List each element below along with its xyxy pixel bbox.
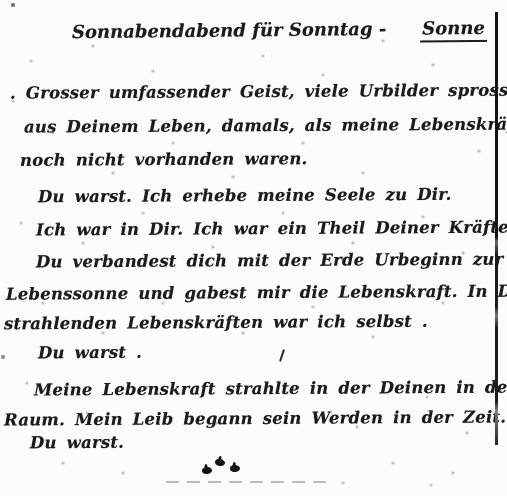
handwritten-line: Raum. Mein Leib begann sein Werden in de…	[4, 407, 506, 429]
faint-dashed-rule	[166, 481, 334, 483]
title-text: Sonnabendabend für Sonntag -	[72, 19, 386, 43]
asterism-mark	[215, 458, 226, 466]
scanned-manuscript-page: Sonnabendabend für Sonntag -Sonne . Gros…	[0, 0, 507, 496]
handwritten-line: noch nicht vorhanden waren.	[20, 149, 308, 170]
handwritten-line: Ich war in Dir. Ich war ein Theil Deiner…	[36, 218, 507, 240]
handwritten-line: Du verbandest dich mit der Erde Urbeginn…	[36, 250, 504, 272]
stray-ink-mark	[279, 349, 285, 362]
handwritten-line: Lebenssonne und gabest mir die Lebenskra…	[6, 281, 507, 303]
handwritten-line: aus Deinem Leben, damals, als meine Lebe…	[24, 114, 507, 136]
asterism-mark	[202, 466, 213, 474]
handwritten-line: Du warst.	[30, 433, 124, 453]
handwritten-line: Meine Lebenskraft strahlte in der Deinen…	[34, 378, 507, 400]
asterism-mark	[230, 465, 240, 473]
handwritten-line: Du warst .	[38, 343, 142, 363]
title-line: Sonnabendabend für Sonntag -Sonne	[72, 18, 487, 46]
title-emphasized-word: Sonne	[420, 18, 487, 43]
scan-border-line	[495, 12, 498, 445]
handwritten-line: . Grosser umfassender Geist, viele Urbil…	[10, 80, 507, 102]
asterism-separator-icon	[200, 456, 244, 476]
scan-noise-speckles	[0, 0, 2, 2]
handwritten-line: Du warst. Ich erhebe meine Seele zu Dir.	[38, 185, 452, 207]
handwritten-line: strahlenden Lebenskräften war ich selbst…	[4, 312, 428, 334]
